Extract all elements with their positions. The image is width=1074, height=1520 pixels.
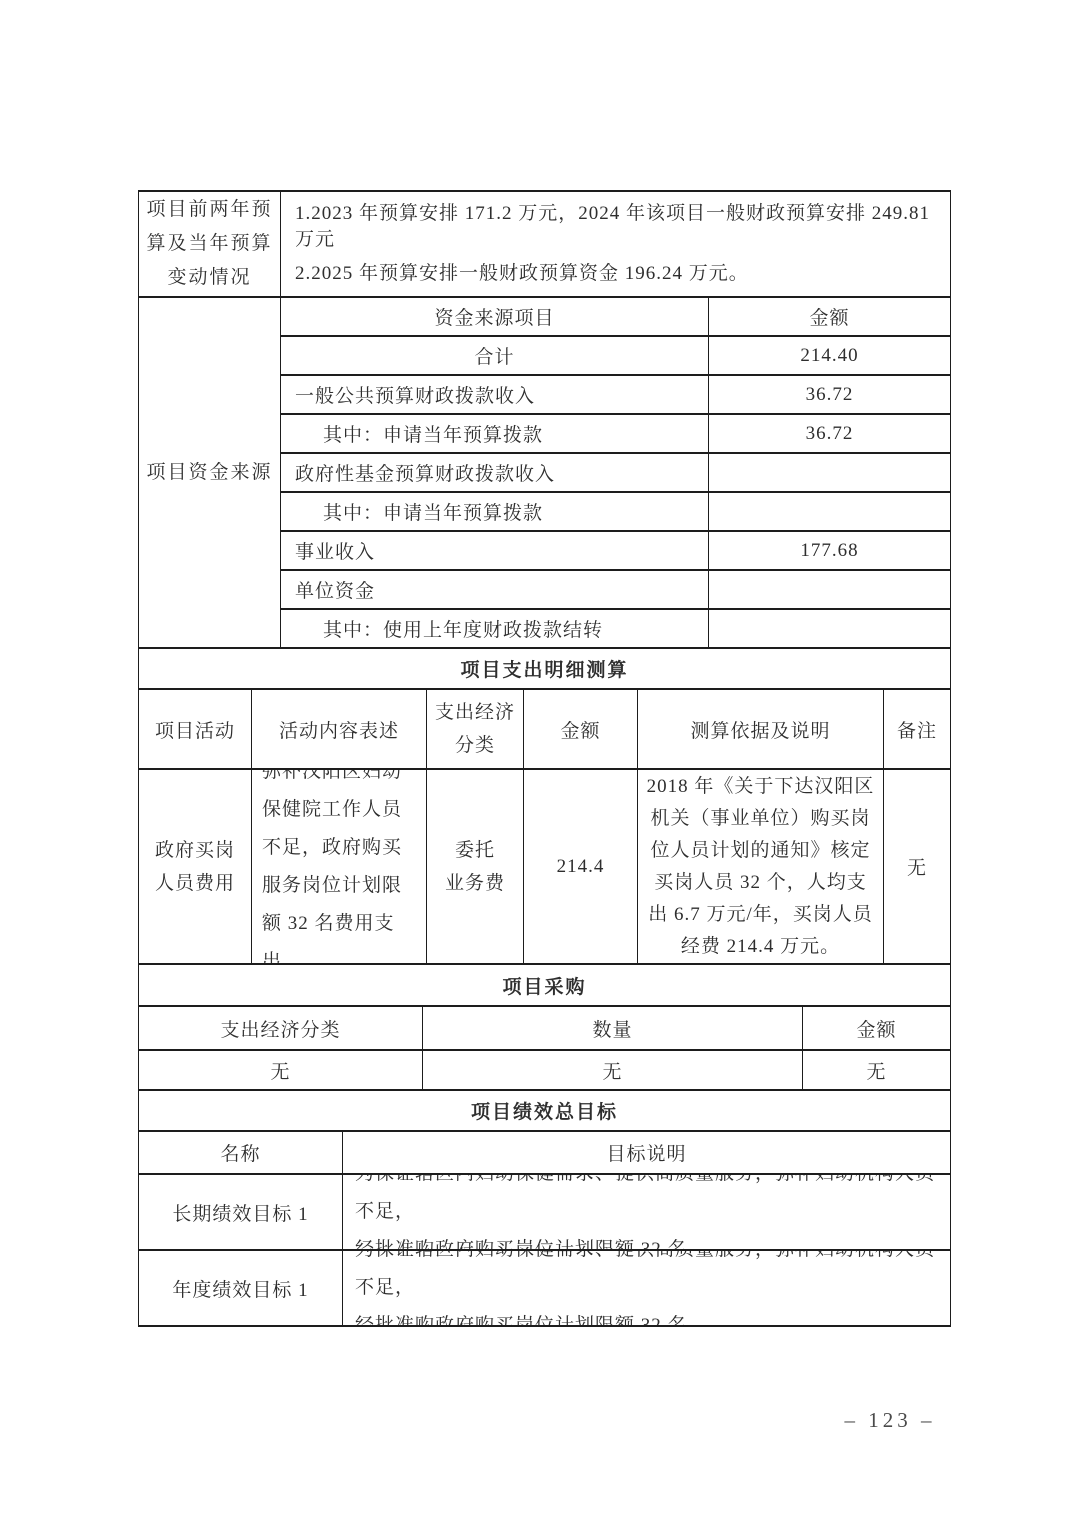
goal-row-longterm: 长期绩效目标 1 为保证辖区内妇幼保健需求、提供高质量服务，弥补妇幼机构人员不足… [139,1175,951,1251]
goals-title-row: 项目绩效总目标 [139,1091,951,1132]
purchase-amount: 无 [803,1051,951,1091]
purchase-quantity: 无 [423,1051,803,1091]
purchase-header-amount: 金额 [803,1007,951,1051]
goals-header-row: 名称 目标说明 [139,1132,951,1175]
funding-amount [709,610,951,649]
funding-row: 单位资金 [281,571,951,610]
funding-item: 其中：申请当年预算拨款 [281,415,709,454]
expense-description: 弥补汉阳区妇幼保健院工作人员不足，政府购买服务岗位计划限额 32 名费用支出。 [252,770,427,965]
purchase-title-row: 项目采购 [139,965,951,1007]
funding-amount [709,454,951,493]
expense-header-amount: 金额 [524,690,638,770]
funding-item: 政府性基金预算财政拨款收入 [281,454,709,493]
funding-row: 其中：申请当年预算拨款 36.72 [281,415,951,454]
funding-amount [709,493,951,532]
funding-item: 事业收入 [281,532,709,571]
page-number: – 123 – [820,1408,960,1433]
budget-detail-table: 项目前两年预算及当年预算变动情况 1.2023 年预算安排 171.2 万元，2… [138,190,951,1327]
expense-header-note: 备注 [884,690,951,770]
goals-header-name: 名称 [139,1132,343,1175]
funding-row: 其中：申请当年预算拨款 [281,493,951,532]
funding-amount: 214.40 [709,337,951,376]
purchase-header-quantity: 数量 [423,1007,803,1051]
funding-header-amount: 金额 [709,298,951,337]
funding-item: 单位资金 [281,571,709,610]
funding-amount: 36.72 [709,415,951,454]
document-page: 项目前两年预算及当年预算变动情况 1.2023 年预算安排 171.2 万元，2… [0,0,1074,1520]
prev-budget-label: 项目前两年预算及当年预算变动情况 [139,192,281,298]
purchase-category: 无 [139,1051,423,1091]
funding-amount: 36.72 [709,376,951,415]
prev-budget-row: 项目前两年预算及当年预算变动情况 1.2023 年预算安排 171.2 万元，2… [139,192,951,298]
expense-section-title: 项目支出明细测算 [139,649,951,690]
prev-budget-label-text: 项目前两年预算及当年预算变动情况 [146,193,273,295]
expense-header-activity: 项目活动 [139,690,252,770]
funding-item: 其中：申请当年预算拨款 [281,493,709,532]
funding-row-total: 合计 214.40 [281,337,951,376]
funding-header-row: 资金来源项目 金额 [281,298,951,337]
funding-subtable: 资金来源项目 金额 合计 214.40 一般公共预算财政拨款收入 36.72 其… [281,298,951,649]
expense-data-row: 政府买岗人员费用 弥补汉阳区妇幼保健院工作人员不足，政府购买服务岗位计划限额 3… [139,770,951,965]
goal-row-annual: 年度绩效目标 1 为保证辖区内妇幼保健需求、提供高质量服务，弥补妇幼机构人员不足… [139,1251,951,1327]
expense-activity: 政府买岗人员费用 [139,770,252,965]
expense-header-row: 项目活动 活动内容表述 支出经济分类 金额 测算依据及说明 备注 [139,690,951,770]
funding-label: 项目资金来源 [139,298,281,649]
prev-budget-line-2: 2.2025 年预算安排一般财政预算资金 196.24 万元。 [295,261,749,287]
goal-description: 为保证辖区内妇幼保健需求、提供高质量服务，弥补妇幼机构人员不足， 经批准购政府购… [343,1251,951,1327]
funding-section: 项目资金来源 资金来源项目 金额 合计 214.40 一般公共预算财政拨款收入 … [139,298,951,649]
expense-category: 委托 业务费 [427,770,524,965]
funding-item: 其中：使用上年度财政拨款结转 [281,610,709,649]
expense-header-description: 活动内容表述 [252,690,427,770]
funding-row: 一般公共预算财政拨款收入 36.72 [281,376,951,415]
goal-name: 长期绩效目标 1 [139,1175,343,1251]
goal-name: 年度绩效目标 1 [139,1251,343,1327]
funding-row: 事业收入 177.68 [281,532,951,571]
expense-title-row: 项目支出明细测算 [139,649,951,690]
funding-row: 其中：使用上年度财政拨款结转 [281,610,951,649]
funding-header-item: 资金来源项目 [281,298,709,337]
goals-section-title: 项目绩效总目标 [139,1091,951,1132]
prev-budget-line-1: 1.2023 年预算安排 171.2 万元，2024 年该项目一般财政预算安排 … [295,201,940,253]
funding-amount: 177.68 [709,532,951,571]
purchase-section-title: 项目采购 [139,965,951,1007]
goals-header-description: 目标说明 [343,1132,951,1175]
expense-basis: 2018 年《关于下达汉阳区机关（事业单位）购买岗位人员计划的通知》核定买岗人员… [638,770,884,965]
purchase-header-category: 支出经济分类 [139,1007,423,1051]
goal-description: 为保证辖区内妇幼保健需求、提供高质量服务，弥补妇幼机构人员不足， 经批准购政府购… [343,1175,951,1251]
purchase-header-row: 支出经济分类 数量 金额 [139,1007,951,1051]
expense-header-basis: 测算依据及说明 [638,690,884,770]
expense-note: 无 [884,770,951,965]
expense-amount: 214.4 [524,770,638,965]
funding-item: 一般公共预算财政拨款收入 [281,376,709,415]
expense-header-category: 支出经济分类 [427,690,524,770]
funding-row: 政府性基金预算财政拨款收入 [281,454,951,493]
prev-budget-content: 1.2023 年预算安排 171.2 万元，2024 年该项目一般财政预算安排 … [281,192,951,298]
purchase-data-row: 无 无 无 [139,1051,951,1091]
funding-item: 合计 [281,337,709,376]
funding-label-text: 项目资金来源 [146,456,272,490]
funding-amount [709,571,951,610]
